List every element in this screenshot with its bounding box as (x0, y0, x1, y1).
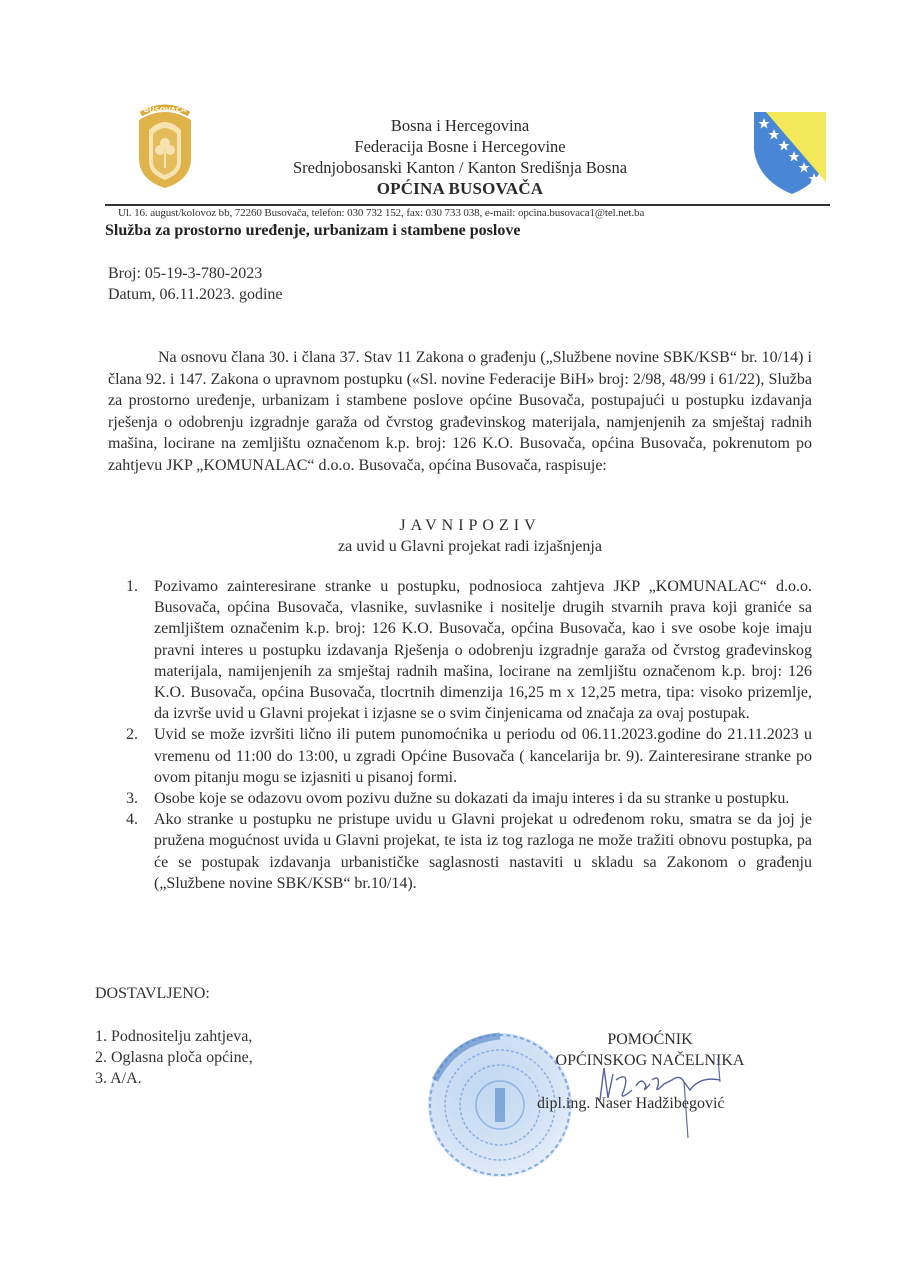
delivered-list: 1. Podnositelju zahtjeva, 2. Oglasna plo… (95, 1026, 253, 1089)
busovaca-coat-of-arms-icon: BUSOVAČA (133, 100, 197, 190)
item-number: 3. (126, 788, 138, 809)
item-number: 1. (126, 576, 138, 597)
svg-text:BUSOVAČA: BUSOVAČA (144, 105, 187, 114)
intro-paragraph: Na osnovu člana 30. i člana 37. Stav 11 … (108, 347, 812, 477)
country-name: Bosna i Hercegovina (200, 115, 720, 136)
contact-line: Ul. 16. august/kolovoz bb, 72260 Busovač… (118, 207, 838, 219)
letterhead: Bosna i Hercegovina Federacija Bosne i H… (200, 115, 720, 199)
list-item: 2. Uvid se može izvršiti lično ili putem… (126, 724, 812, 788)
bih-coat-of-arms-icon (752, 110, 828, 196)
item-number: 2. (126, 724, 138, 745)
reference-number: Broj: 05-19-3-780-2023 (108, 263, 283, 284)
handwritten-signature-icon (580, 1050, 730, 1140)
signatory-title: POMOĆNIK (520, 1029, 780, 1050)
title-main: JAVNIPOZIV (220, 515, 720, 536)
item-text: Osobe koje se odazovu ovom pozivu dužne … (154, 790, 789, 807)
canton-name: Srednjobosanski Kanton / Kanton Središnj… (200, 157, 720, 178)
item-text: Pozivamo zainteresirane stranke u postup… (154, 578, 812, 722)
document-page: BUSOVAČA Bosna i Hercegovina Federacija … (0, 0, 900, 1284)
delivered-item: 3. A/A. (95, 1068, 253, 1089)
notice-items: 1. Pozivamo zainteresirane stranke u pos… (126, 576, 812, 894)
list-item: 4. Ako stranke u postupku ne pristupe uv… (126, 809, 812, 894)
list-item: 1. Pozivamo zainteresirane stranke u pos… (126, 576, 812, 724)
delivered-item: 2. Oglasna ploča općine, (95, 1047, 253, 1068)
list-item: 3. Osobe koje se odazovu ovom pozivu duž… (126, 788, 812, 809)
reference-date: Datum, 06.11.2023. godine (108, 284, 283, 305)
item-text: Ako stranke u postupku ne pristupe uvidu… (154, 811, 812, 892)
item-text: Uvid se može izvršiti lično ili putem pu… (154, 726, 812, 785)
municipality-name: OPĆINA BUSOVAČA (200, 178, 720, 199)
item-number: 4. (126, 809, 138, 830)
federation-name: Federacija Bosne i Hercegovine (200, 136, 720, 157)
document-title: JAVNIPOZIV za uvid u Glavni projekat rad… (220, 515, 720, 557)
delivered-label: DOSTAVLJENO: (95, 983, 210, 1004)
title-subtitle: za uvid u Glavni projekat radi izjašnjen… (220, 536, 720, 557)
header-divider (105, 204, 830, 206)
service-title: Služba za prostorno uređenje, urbanizam … (105, 222, 520, 240)
delivered-item: 1. Podnositelju zahtjeva, (95, 1026, 253, 1047)
reference-block: Broj: 05-19-3-780-2023 Datum, 06.11.2023… (108, 263, 283, 305)
